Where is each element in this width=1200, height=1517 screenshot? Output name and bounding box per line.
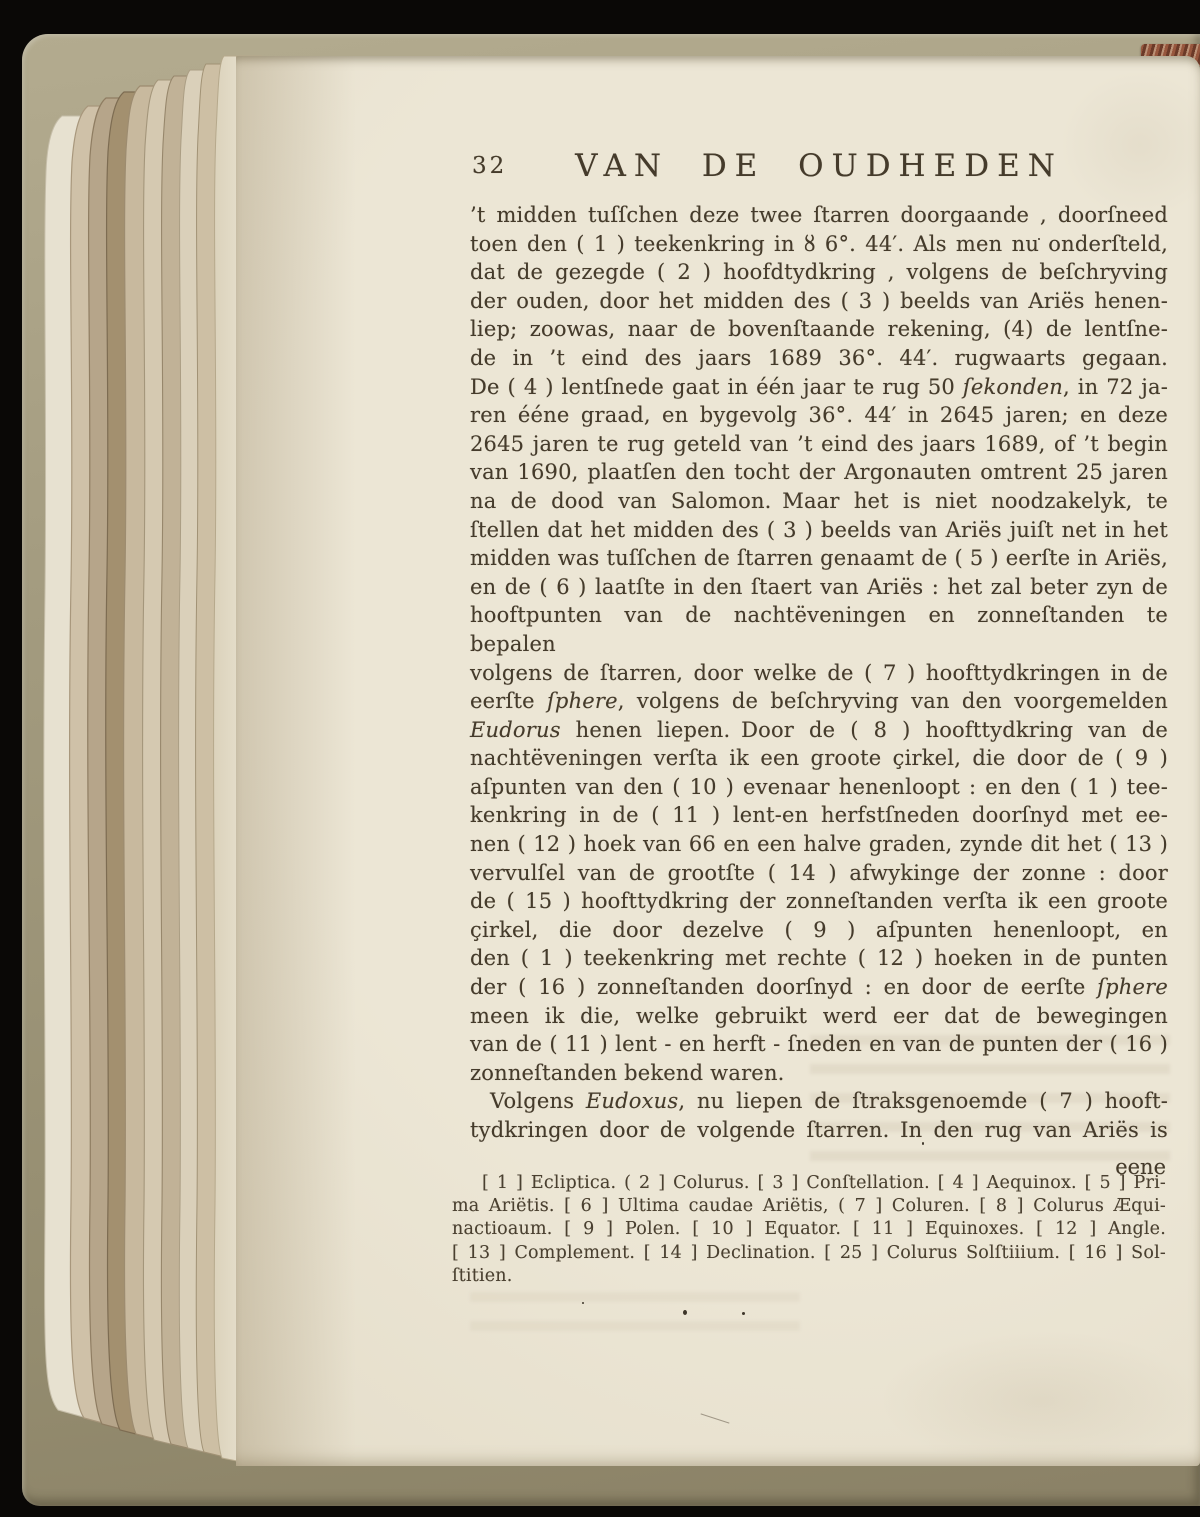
body-text-line: volgens de ſtarren, door welke de ( 7 ) … (470, 659, 1168, 688)
paper-speck (742, 1312, 745, 1315)
body-text-line: van de ( 11 ) lent - en herft - ſneden e… (470, 1030, 1168, 1059)
body-text-line: zonneſtanden bekend waren. (470, 1059, 1168, 1088)
body-text-line: kenkring in de ( 11 ) lent-en herfstſned… (470, 801, 1168, 830)
body-text-line: Eudorus henen liepen. Door de ( 8 ) hoof… (470, 716, 1168, 745)
footnote-line: [ 13 ] Complement. [ 14 ] Declination. [… (452, 1242, 1166, 1265)
printed-text-column: 32 VAN DE OUDHEDEN ’t midden tuſſchen de… (470, 146, 1168, 1179)
body-text-line: de ( 15 ) hoofttydkring der zonneſtanden… (470, 887, 1168, 916)
body-text-line: midden was tuſſchen de ſtarren genaamt d… (470, 544, 1168, 573)
body-text: ’t midden tuſſchen deze twee ſtarren doo… (470, 201, 1168, 1145)
body-text-line: toen den ( 1 ) teekenkring in ȣ 6°. 44′.… (470, 230, 1168, 259)
footnote-line: nactioaum. [ 9 ] Polen. [ 10 ] Equator. … (452, 1218, 1166, 1241)
body-text-line: 2645 jaren te rug geteld van ’t eind des… (470, 430, 1168, 459)
body-text-line: der ouden, door het midden des ( 3 ) bee… (470, 287, 1168, 316)
body-text-line: den ( 1 ) teekenkring met rechte ( 12 ) … (470, 944, 1168, 973)
body-text-line: nachtëveningen verſta ik een groote çirk… (470, 744, 1168, 773)
body-text-line: de in ’t eind des jaars 1689 36°. 44′. r… (470, 344, 1168, 373)
body-text-line: meen ik die, welke gebruikt werd eer dat… (470, 1002, 1168, 1031)
body-text-line: çirkel, die door dezelve ( 9 ) aſpunten … (470, 916, 1168, 945)
body-text-line: ’t midden tuſſchen deze twee ſtarren doo… (470, 201, 1168, 230)
paper-speck (683, 1310, 687, 1315)
body-text-line: der ( 16 ) zonneſtanden doorſnyd : en do… (470, 973, 1168, 1002)
body-text-line: eerſte ſphere, volgens de beſchryving va… (470, 687, 1168, 716)
running-head-row: 32 VAN DE OUDHEDEN (470, 146, 1168, 190)
body-text-line: nen ( 12 ) hoek van 66 en een halve grad… (470, 830, 1168, 859)
body-text-line: liep; zoowas, naar de bovenſtaande reken… (470, 315, 1168, 344)
body-text-line: hooftpunten van de nachtëveningen en zon… (470, 601, 1168, 658)
running-header: VAN DE OUDHEDEN (470, 146, 1168, 184)
body-text-line: ſtellen dat het midden des ( 3 ) beelds … (470, 516, 1168, 545)
page-number: 32 (472, 153, 507, 179)
footnote-line: ma Ariëtis. [ 6 ] Ultima caudae Ariëtis,… (452, 1195, 1166, 1218)
book-photo: 32 VAN DE OUDHEDEN ’t midden tuſſchen de… (0, 0, 1200, 1517)
body-text-line: na de dood van Salomon. Maar het is niet… (470, 487, 1168, 516)
footnotes: [ 1 ] Ecliptica. ( 2 ] Colurus. [ 3 ] Co… (452, 1172, 1166, 1288)
body-text-line: tydkringen door de volgende ſtarren. In … (470, 1116, 1168, 1145)
body-text-line: vervulſel van de grootſte ( 14 ) afwykin… (470, 859, 1168, 888)
body-text-line: aſpunten van den ( 10 ) evenaar henenloo… (470, 773, 1168, 802)
page-edge-stack (22, 52, 262, 1466)
body-text-line: ren ééne graad, en bygevolg 36°. 44′ in … (470, 401, 1168, 430)
paper-speck (582, 1302, 584, 1304)
body-text-line: dat de gezegde ( 2 ) hoofdtydkring , vol… (470, 258, 1168, 287)
body-text-line: De ( 4 ) lentſnede gaat in één jaar te r… (470, 373, 1168, 402)
footnote-line: [ 1 ] Ecliptica. ( 2 ] Colurus. [ 3 ] Co… (452, 1172, 1166, 1195)
body-text-line: en de ( 6 ) laatſte in den ſtaert van Ar… (470, 573, 1168, 602)
footnote-line: ſtitien. (452, 1265, 1166, 1288)
body-text-line: Volgens Eudoxus, nu liepen de ſtraksgeno… (470, 1087, 1168, 1116)
body-text-line: van 1690, plaatſen den tocht der Argonau… (470, 458, 1168, 487)
